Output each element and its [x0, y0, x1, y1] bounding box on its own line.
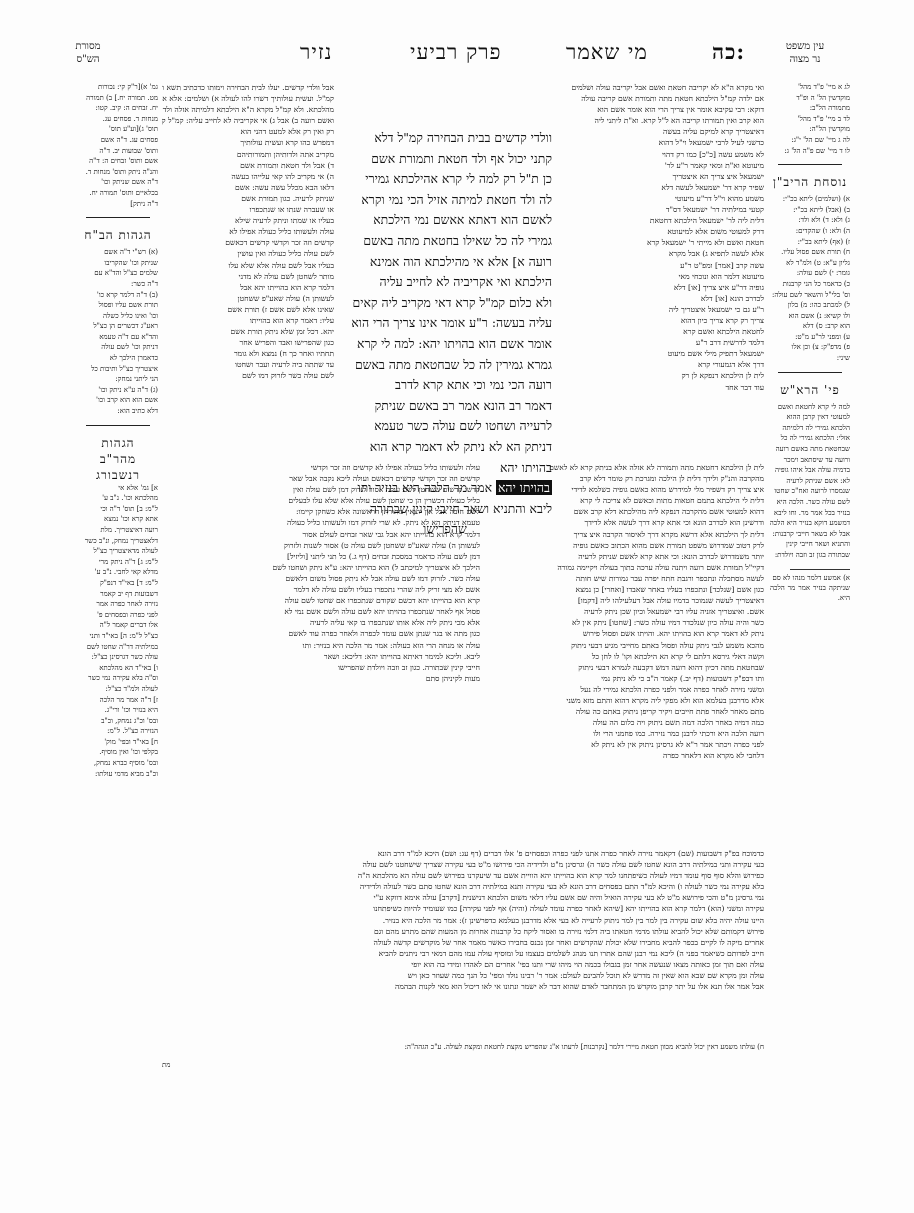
rashi-line: אלא מדרבנן בעלמא הוא ולא מפקי ליה מקרא ד…	[488, 695, 764, 706]
rashi-line: כגון אשם [שנלכד] ונתכפרו בעליו באחר שאבד…	[488, 584, 764, 595]
ein-mishpat-line: לג א מיי' פ"ד מהל'	[770, 82, 850, 93]
rashi-line: לית לן הילכתא דנפקא לן רק	[556, 370, 764, 381]
tosafot-line: ד) אבל ולד חטאת ותמורת אשם	[162, 160, 334, 171]
tosafot-line: ואשם רועה ב) אבל ג) אי אקריביה לא לחייב …	[162, 115, 334, 126]
bach-line: דניתק וכו' לשם עולה	[78, 342, 158, 353]
rashi-line: ישמעאל איצ צריך הא איצטריך	[556, 171, 764, 182]
rosh-line: דמשמע דוקא בנזיר היא הלכה	[770, 518, 850, 529]
page-footnote: ח) עולתו משמע דאין יכול להביא מכוון חטאת…	[162, 1042, 764, 1052]
rashi-line: כשר והיה עולה כיון שנלכדר דמיו עולה כשר:…	[488, 617, 764, 628]
masoret-hashas-label: מסורת הש"ס	[58, 40, 118, 66]
rashi-line: מהקרבה והנ"ק ולידך דלית לן הילכה ומגרכת …	[488, 473, 764, 484]
rosh-line: לשם עולה כשר. הלכה היא	[770, 497, 850, 508]
tosafot-line: אבל וולדי קדשים. יעלו לבית הבחירה וימותו…	[162, 82, 334, 93]
ein-mishpat: לג א מיי' פ"ד מהל'מוקדשין הל' ה ופ"דמתמו…	[770, 82, 850, 156]
tosafot-line: כגון מתה או בגר שנתן אשם עומד לכפרה ולאח…	[162, 628, 480, 639]
rashi-line: ומשני נזירה לאחר כפרה אמר ולפני כפרה הלכ…	[488, 684, 764, 695]
gemara-line: הילכתא ואי אקריביה לא לחייב עליה	[338, 272, 552, 293]
page-header: מסורת הש"ס נזיר פרק רביעי מי שאמר כה: עי…	[0, 38, 914, 74]
tosafot-line: עולה או מנחה הרי הוא כעולה: אמר מר הלכה …	[162, 640, 480, 651]
rashi-line: רועה הלכה היא ורכתי לרבנן כמר נזירה. כמו…	[488, 728, 764, 739]
rivan-line: פ) מדפ"ק: צ) וכן אלו	[770, 342, 850, 353]
tosafot-line: דמפרש כהו קרא ועשית עולותיך	[162, 137, 334, 148]
rashi-line: יותר משמדרוש לכדרב הונא: וכי אתא קרא לאש…	[488, 551, 764, 562]
tosafot-line: ליבא. וליכא למימר דאיתא בהוייתו יהא: דלי…	[162, 651, 480, 662]
rivan-line: הוא קרב: ס) דלא	[770, 321, 850, 332]
tosafot-line: קרא הוא בהוייתו יהא דכשם שקודם שנתכפרו א…	[162, 595, 480, 606]
rosh-line: ורועה עד שיסתאב וימכר	[770, 455, 850, 466]
rosh-line: לא: אשם שניתק לרעיה	[770, 476, 850, 487]
ornament-divider	[78, 423, 158, 431]
ein-mishpat-label-line-2: נר מצוה	[772, 53, 838, 66]
rashi-line: ואי מקרא ה"א לא יקריבה חטאת ואשם אבל יקר…	[556, 82, 764, 93]
maharab-title-line-2: מהר"ב רנשבורג	[78, 451, 158, 483]
rashi-line: כמה דמיה באחר הלכה דמה תשם ניתוק ויה כלו…	[488, 717, 764, 728]
rashi-line: אשם. ואיצטריך אזניה עליו רבי ישמעאל וכיו…	[488, 606, 764, 617]
masoret-line: והנ"ה ניתק ותוס' מנחות ד.	[78, 167, 158, 178]
masoret-line: יח. זבחים ה: קיב. קטו:	[78, 103, 158, 114]
rashi-line: לית לן הילכתא דחטאת מתה ותמורה לא אזלה א…	[488, 462, 764, 473]
left-margin: גמ' א)[ר"ק קי: נכורותמט. תמורה יח.] ב) ת…	[78, 82, 158, 779]
rosh-line: אבל לא בשאר חייבי קרבנות:	[770, 529, 850, 540]
rosh-footnote: א) אמשע דלמר מנהו לא סם שניתקה בנזיר אמר…	[770, 573, 850, 603]
maharab-line: דלאצטריך נמחק, ונ"ב כשר	[78, 536, 158, 547]
masoret-line: פסחים עג. ד"ה אשם	[78, 135, 158, 146]
continuation-line: נמי גרסינן מ"ט והכי פירושא מ"ט לא בעי עק…	[162, 892, 764, 903]
tosafot-line: לשם חובה אבל אין יוצאין מתורתן הראשונה א…	[162, 506, 480, 517]
rashi-line: חטאת ואשם ולא מייתי ר' ישמעאל קרא	[556, 237, 764, 248]
bach-line: (א) רש"י ד"ה אשם	[78, 247, 158, 258]
rosh-line: למעוטי דאין קרבן ההוא	[770, 412, 850, 423]
rosh-line: למה לי קרא לחטאת ואשם	[770, 402, 850, 413]
ein-mishpat-line: מוקדשין הל"ה:	[770, 124, 850, 135]
tractate-name: נזיר	[300, 38, 333, 66]
rosh-line: אזלי: הלכתא גמירי לה כל	[770, 433, 850, 444]
maharab-line: לעולה מדאיצטריך כצ"ל	[78, 546, 158, 557]
rashi-line: אלא לעשה לתפיא ג) אבל מקרא	[556, 248, 764, 259]
masoret-label-line-2: הש"ס	[58, 53, 118, 66]
maharab-line: לעולה ולמ"ד כצ"ל:	[78, 684, 158, 695]
rashi-line: צריך רק קרא צריך כיון דהוא	[556, 315, 764, 326]
rashi-line: שפיר קרא דר' ישמעאל לעשה דלא	[556, 182, 764, 193]
tosafot-line: לשם עולה כשר לזרוק דמו לשם	[162, 370, 334, 381]
tosafot-line: קדשים וזה זכר וקדשי קדשים דכאשם	[162, 237, 334, 248]
rashi-line: לכדרב הונא [או] דלא	[556, 293, 764, 304]
gemara-line: עליה בעשה: ר"ע אומר אינו צריך הרי הוא	[338, 313, 552, 334]
continuation-line: עקירה ומשני (הוא) דלמר קרא הוא בהוייתו י…	[162, 903, 764, 914]
masoret-line: תוס' ג)[וע"ע תוס'	[78, 124, 158, 135]
tosafot-column-upper: אבל וולדי קדשים. יעלו לבית הבחירה וימותו…	[162, 82, 334, 382]
tosafot-line: ה) אי מקריב להו קאי עלייהו בעשה	[162, 171, 334, 182]
maharab-line: במילתיה דר"ה שחטו לשם	[78, 642, 158, 653]
gemara-line: כן ת"ל רק למה לי קרא אהילכתא גמירי	[338, 169, 552, 190]
continuation-line: היינו עולה יהיה בלא שום עקירה בין למר בי…	[162, 915, 764, 926]
ornament-divider	[770, 162, 850, 170]
gemara-line: גמרא גמירין לה כל שבחטאת מתה באשם	[338, 355, 552, 376]
hagahot-maharab: א] גמ' אלא אימהלכתא וכו'. נ"ב ע'ל"מ: ב] …	[78, 483, 158, 780]
continuation-line: בעי עקירה ותני במילתיה דרב הונא שחטו לשם…	[162, 859, 764, 870]
rashi-column-lower: לית לן הילכתא דחטאת מתה ותמורה לא אזלה א…	[488, 462, 764, 762]
rashi-line: אם ילדה קמ"ל הילכתא חטאת מתה ותמורת אשם …	[556, 93, 764, 104]
rivan-line: שיני:	[770, 353, 850, 364]
rashi-line: ניתק לא דאמר קרא הוא בהויתו יהא. והויתו …	[488, 628, 764, 639]
maharab-line: רועה דאיצטריך. מלת	[78, 525, 158, 536]
rashi-line: דוקא: רבי עקיבא אומר אין צריך הרי הוא או…	[556, 104, 764, 115]
rosh-line: שנמסרו לרועה ואח"כ שחטו	[770, 486, 850, 497]
ein-mishpat-line: לד ב מיי' פ"ד מהל'	[770, 114, 850, 125]
rivan-line: גומר: י) לשם עולה:	[770, 268, 850, 279]
footnote-rule	[790, 569, 850, 570]
maharab-line: ח] באי"ד ובפי' מוק'	[78, 737, 158, 748]
rivan-line: ולו קשיא: נ) אשם הוא	[770, 311, 850, 322]
rashi-line: דלחבי לא מקרא הוא דלאחר כפרה	[488, 750, 764, 761]
rashi-line: ותו דבפ"ק דשבועות (דף יב.) קאמר ה"ב כי ל…	[488, 673, 764, 684]
masoret-line: ד"ה אשם שניתק וכו'	[78, 177, 158, 188]
tosafot-line: מקריב אתה ולדותיהן ותמורותיהם	[162, 149, 334, 160]
rosh-footnote-line-2: שניתקה בנזיר אמר מר הלכה היא.	[770, 583, 850, 603]
rosh-line: הלכתא גמירי לה דלמיתה	[770, 423, 850, 434]
maharab-title-line-1: הגהות	[78, 435, 158, 451]
continuation-line: חייב לפדותם כשיאמר בפני ה) ליכא נמי רבנן…	[162, 948, 764, 959]
tosafot-line: עולה כשר. לזרוק דמו לשם עולה אבל לא ניתק…	[162, 573, 480, 584]
tosafot-line: אלא מכי ניתק ליה אלא אותו שנתכפרו בו קאי…	[162, 617, 480, 628]
rashi-line: ודרשינן הוא לכדרב הונא וכי אתא קרא דרך ל…	[488, 517, 764, 528]
tosafot-line: כליל כעולה דכשרין הן כי שחטן לשם עולה אל…	[162, 495, 480, 506]
commentary-continuation: כדמוכח בפ"ק דשבועות (שם) דקאמר נזירה לאח…	[162, 848, 764, 992]
masoret-line: בכלאיים ותוס' תמורה יח.	[78, 188, 158, 199]
continuation-line: עולה ומן מקרא שם שבא הוא שאין זה מדרש לא…	[162, 970, 764, 981]
bach-line: אשם הוא הוא קרב וכו'	[78, 395, 158, 406]
bach-line: ד"ה כשר:	[78, 279, 158, 290]
tosafot-line: מותר לשחטן לשם עולה לא מדני	[162, 271, 334, 282]
rashi-line: לחטאת הילכתא ואשם קרא	[556, 326, 764, 337]
gemara-line: רועה א] אלא אי מהילכתא הוה אמינא	[338, 252, 552, 273]
rosh-line: שבחטאת מתה באשם רועה	[770, 444, 850, 455]
tosafot-line: או שעברה שנתו או שנתכפרו	[162, 204, 334, 215]
tosafot-line: מעות לקיניהן סתם	[162, 673, 480, 684]
gemara-line: דניתק הא לא ניתק לא דאמר קרא הוא	[338, 437, 552, 458]
tosafot-line: שאינו אלא לשם אשם ז) תורת אשם	[162, 304, 334, 315]
tosafot-line: יהא. דכל זמן שלא ניתק תורת אשם	[162, 326, 334, 337]
maharab-line: עולה כשר דגרסינן כצ"ל:	[78, 652, 158, 663]
tosafot-line: בעליו או שמתו וניתק לרעיה שילא	[162, 215, 334, 226]
rivan-line: ב) (אבל) ליתא בכ"י:	[770, 205, 850, 216]
tosafot-line: דלמר קרא הוא בהוייתו יהא אבל גבי שאר זבח…	[162, 529, 480, 540]
tosafot-line: כגון שהפרישו ואבד והפריש אחר	[162, 337, 334, 348]
tosafot-line: דלאו הבא מכלל עשה עשה: אשם	[162, 182, 334, 193]
rashi-line: דלית לך הילכתא אלא דרשא מקרא דרך לאיסור …	[488, 529, 764, 540]
tosafot-line: דמן לשם עולה כדאמר במסכת זבחים (דף ג.) כ…	[162, 551, 480, 562]
rashi-line: דרך אלא דגמעורי קרא	[556, 359, 764, 370]
rashi-line: כדשני לעיל לרבי ישמעאל וי"ל דהוא	[556, 137, 764, 148]
rashi-line: משמע מהוא וי"ל דר"ע מיעוטי	[556, 193, 764, 204]
rashi-line: שבחטאת מתה דכיון דהוא רועה דמש דקבעה לגמ…	[488, 662, 764, 673]
bach-line: תורת אשם עליו ופסול	[78, 300, 158, 311]
rosh-line: והתניא ושאר חייבי קינין	[770, 539, 850, 550]
rashi-line: מהכא משמע לגבי ניתק עולה ופסול באתם מחיי…	[488, 640, 764, 651]
maharab-line: נזירה לאחר כפרה אמר	[78, 599, 158, 610]
nuschat-rivan-title: נוסחת הריב"ן	[770, 174, 850, 190]
tosafot-line: מהלכתא. ולא קמ"ל מקרא ה"א הילכתא דלמיתה …	[162, 104, 334, 115]
gemara-line: לאשם הוא דאתא אאשם נמי הילכתא	[338, 210, 552, 231]
tosafot-line: קדשי קדשים ששחטן לשם עולה אסור לזרוק דמן…	[162, 484, 480, 495]
tosafot-line: עולה ולעשותו כליל כעולה אפילו לא קדשים ו…	[162, 462, 480, 473]
chapter-number: פרק רביעי	[410, 38, 502, 66]
catchword: מת	[162, 1060, 764, 1070]
continuation-line: בלא עקירה נמי כשר לעולה ו) והיכא למ"ד הת…	[162, 881, 764, 892]
gemara-line: אומר אשם הוא בהויתו יהא: למה לי קרא	[338, 334, 552, 355]
ein-mishpat-line: מתמורה הל"ב:	[770, 103, 850, 114]
maharab-line: ל"מ: ד] באי"ד דנפ"ק	[78, 578, 158, 589]
rivan-line: ה) ולא: ו) שהקדים:	[770, 226, 850, 237]
hagahot-bach: (א) רש"י ד"ה אשםשניתק וכו' שהקריבושלמים …	[78, 247, 158, 417]
maharab-line: ז] ד"ה אמר מר הלכה	[78, 695, 158, 706]
continuation-line: אבל אמר אלו תנא אלו על יתר קרבן מוקדש מן…	[162, 981, 764, 992]
gemara-line: וולדי קדשים בבית הבחירה קמ"ל דלא	[338, 128, 552, 149]
rashi-line: לעשה מסתכלה ונתכפר ורגבת חתח יפרה עבר גמ…	[488, 573, 764, 584]
rashi-line: לא משמע עשה [כ"כ] כמו רק דהוי	[556, 149, 764, 160]
rashi-line: ישמעאל דתפיק מילי אשם מיעוט	[556, 348, 764, 359]
rashi-line: וקשה דאלי גירסא דלתם לי קרא הא הילכתא וק…	[488, 651, 764, 662]
maharab-line: הנזירה כצ"ל. ל"מ:	[78, 726, 158, 737]
tosafot-line: לעשותן ה) עולה שאע"פ ששחטן	[162, 293, 334, 304]
ein-mishpat-line: לו ד מיי' שם פ"ה הל' ג:	[770, 146, 850, 157]
maharab-line: לפני כפרה ובפסחים פ'	[78, 610, 158, 621]
maharab-line: א] גמ' אלא אי	[78, 483, 158, 494]
right-margin: לג א מיי' פ"ד מהל'מוקדשין הל' ה ופ"דמתמו…	[770, 82, 850, 603]
bach-line: וכו' ואינו כליל כשלה	[78, 311, 158, 322]
tosafot-line: קמ"ל. ועשית עולותיך דשרו להו לעולה א) וש…	[162, 93, 334, 104]
tosafot-line: פסול אף לאחר שנתכפרו בהויתו יהא לשם עולה…	[162, 606, 480, 617]
ein-mishpat-label: עין משפט נר מצוה	[772, 40, 838, 66]
folio-number: כה:	[712, 38, 745, 66]
masoret-label-line-1: מסורת	[58, 40, 118, 53]
maharab-line: בקלפי וכו' ואין מוסיף.	[78, 747, 158, 758]
rivan-line: ז) (אף) ליתא בכ"י:	[770, 237, 850, 248]
maharab-line: ו] באי"ד הא מהלכתא	[78, 663, 158, 674]
masoret-line: מט. תמורה יח.] ב) תמורה	[78, 93, 158, 104]
pi-harosh-title: פי' הרא"ש	[770, 382, 850, 398]
rashi-line: עוד דבר אחד	[556, 382, 764, 393]
rashi-line: מיעוטא וא"ת ומאי קאמר ר"ע לר'	[556, 160, 764, 171]
rosh-line: בנזיר בכל אמר מר. וחו ליבא	[770, 508, 850, 519]
tosafot-line: לשם עולה כליל כעולה ואין עושין	[162, 248, 334, 259]
rashi-line: גופיה דר"ע איצ צריך [או] דלא	[556, 282, 764, 293]
maharab-line: ל"מ: ג] ד"ה ניתק מרי	[78, 557, 158, 568]
maharab-line: ובס' מוסיף כברא נמחק,	[78, 758, 158, 769]
rivan-line: כ) כדאמר כל הני קרבנות	[770, 279, 850, 290]
gemara-lines: וולדי קדשים בבית הבחירה קמ"ל דלאקתני יכו…	[338, 128, 552, 478]
bach-line: דלא כתיב הוא:	[78, 406, 158, 417]
maharab-line: מדלא קאי לחבי. נ"ב ע'	[78, 567, 158, 578]
maharab-line: אלו דברים קאמר ל"ה	[78, 620, 158, 631]
tosafot-line: שניתק לרעיה. כגון תמורת אשם	[162, 193, 334, 204]
rashi-column-upper: ואי מקרא ה"א לא יקריבה חטאת ואשם אבל יקר…	[556, 82, 764, 393]
tosafot-line: רק ואין רק אלא למעט דהני הוא	[162, 126, 334, 137]
maharab-line: דשבועות דף יב קאמר	[78, 589, 158, 600]
tosafot-column-lower: עולה ולעשותו כליל כעולה אפילו לא קדשים ו…	[162, 462, 480, 684]
rosh-footnote-line-1: א) אמשע דלמר מנהו לא סם	[770, 573, 850, 583]
rivan-line: ל) למכתב כהו: מ) בלון	[770, 300, 850, 311]
rashi-line: דלית ליה לר' ישמעאל הילכתא דחטאת	[556, 215, 764, 226]
maharab-line: אתא קרא וכו' נמצא	[78, 514, 158, 525]
tosafot-line: חייבי קינין שבתורה. כגון זב וזבה ויולדת …	[162, 662, 480, 673]
rosh-line: שבתורה בגון זב וזבה ויולדת:	[770, 550, 850, 561]
rashi-line: ר"ע גם כי ישמעאל איצטריך ליה	[556, 304, 764, 315]
continuation-line: כפירוש והלא סוף סוף עומד דמיו לעולה כשיפ…	[162, 870, 764, 881]
rashi-line: דלית לי הילכתא בתמם חטאות מתות וכאשם לא …	[488, 495, 764, 506]
maharab-line: ובס' וכ"ג נמחק, וכ"ב	[78, 716, 158, 727]
rivan-line: ע) ומפני לר"ע מ"ט:	[770, 332, 850, 343]
tosafot-line: דלמר קרא הוא בהוייתו יהא אבל	[162, 282, 334, 293]
bach-line: שניתק וכו' שהקריבו	[78, 258, 158, 269]
bach-line: הני ליתני נמחק:	[78, 374, 158, 385]
tosafot-line: אשם לא מצי זריק ליה שהרי נתכפרו בעליו ול…	[162, 584, 480, 595]
rashi-line: לפני כפרה ויכתר אמר ר"א לא גרסינן ניתוק …	[488, 739, 764, 750]
masoret-line: גמ' א)[ר"ק קי: נכורות	[78, 82, 158, 93]
hagahot-bach-title: הגהות הב"ח	[78, 227, 158, 243]
rashi-line: דהוא למעוטי אשם מהקרבה דנפקא ליה מהילכתא…	[488, 506, 764, 517]
ein-mishpat-label-line-1: עין משפט	[772, 40, 838, 53]
rashi-line: דאיצטריך קרא למיקם עליה בעשה	[556, 126, 764, 137]
rashi-line: איצ צריך רק דשפיר מלי למידרש מהוא כאשם ג…	[488, 484, 764, 495]
ornament-divider	[770, 370, 850, 378]
rashi-line: דלמד לדרשית דרב ר"ע	[556, 337, 764, 348]
masoret-hashas: גמ' א)[ר"ק קי: נכורותמט. תמורה יח.] ב) ת…	[78, 82, 158, 209]
continuation-line: פירוש דקמותם שלא יכול להביא עולתו מדמי ח…	[162, 926, 764, 937]
maharab-line: וכ"ב מביא מדמי עולתו:	[78, 769, 158, 780]
rashi-line: דאיצטריך לעשה שנמוכר בדמיו עולה אבל דעלע…	[488, 595, 764, 606]
bach-line: איצטריך כצ"ל ותיבות כל	[78, 364, 158, 375]
gemara-line: גמירי לה כל שאילו בחטאת מתה באשם	[338, 231, 552, 252]
continuation-line: אחרים מיקה לו לקיים בכפר להביא מחבירו של…	[162, 937, 764, 948]
rashi-line: לרק דטוב שמדרוש משפט תמורת אשם מהוא הכתו…	[488, 540, 764, 551]
rivan-line: גליון ע"א: ט) ולמ"ד לא	[770, 258, 850, 269]
bach-line: והד"א עם ד"ה טעמא	[78, 332, 158, 343]
tosafot-line: עד שתתה ביה לרעיה ועבר ושחטו	[162, 359, 334, 370]
tosafot-line: לעשותן ה) עולה שאע"פ ששחטן לשם עולה ט) א…	[162, 540, 480, 551]
maharab-line: היא בנזיר וכו' ורי"ג.	[78, 705, 158, 716]
chapter-name: מי שאמר	[566, 38, 648, 66]
gemara-line: לה ולד חטאת למיתה אזיל הכי נמי וקרא	[338, 190, 552, 211]
maharab-line: ל"מ: ב] תוס' ד"ה וכי	[78, 504, 158, 515]
gemara-line: דאמר רב הונא אמר רב באשם שניתק	[338, 396, 552, 417]
rivan-line: וס' בלי"ל והשאר לשם עולה:	[770, 290, 850, 301]
masoret-line: אשם ותוס' זבחים ה: ד"ה	[78, 156, 158, 167]
bach-line: כדאמרן הילכך לא	[78, 353, 158, 364]
tosafot-line: בעליו אבל לשם עולה אלא שלא עלו	[162, 260, 334, 271]
maharab-line: מהלכתא וכו'. נ"ב ע'	[78, 493, 158, 504]
rashi-line: קטעי במילתיה דר' ישמעאל דס"ד	[556, 204, 764, 215]
maharab-line: כצ"ל ל"מ: ה] באי"ד ותני	[78, 631, 158, 642]
rivan-line: ח) תורת אשם פסול עליו.	[770, 247, 850, 258]
gemara-line: ולא כלום קמ"ל קרא דאי מקריב ליה קאים	[338, 293, 552, 314]
continuation-line: עולה ואם תוך זמן כאותה מצאו שנעשה אחר זמ…	[162, 959, 764, 970]
masoret-line: ד"ה ניתק]	[78, 199, 158, 210]
gemara-line: קתני יכול אף ולד חטאת ותמורת אשם	[338, 149, 552, 170]
rivan-line: ג) ולא: ד) ולא ולד:	[770, 215, 850, 226]
rivan-line: א) (ושלמים) ליתא בכ"י:	[770, 194, 850, 205]
masoret-line: מנחות ד. פסחים עג.	[78, 114, 158, 125]
continuation-line: כדמוכח בפ"ק דשבועות (שם) דקאמר נזירה לאח…	[162, 848, 764, 859]
gemara-line: לרעייה ושחטו לשם עולה כשר טעמא	[338, 416, 552, 437]
tosafot-line: טעמא דניתק הא לא ניתק. לא שרי לזרוק דמו …	[162, 517, 480, 528]
ein-mishpat-line: לה ג מיי' שם הל' י"ג:	[770, 135, 850, 146]
bach-line: שלמים כצ"ל והד"א עם	[78, 268, 158, 279]
tosafot-line: עליו: דאמר קרא הוא בהוייתו	[162, 315, 334, 326]
tosafot-line: תחתיו ואחר כך ח) נמצא ולא גומר	[162, 348, 334, 359]
tosafot-line: הילכך לא איצטריך למיכתב ל) הוא בהוייתו י…	[162, 562, 480, 573]
maharab-title: הגהות מהר"ב רנשבורג	[78, 435, 158, 483]
masoret-line: ותוס' שבועות יב. ד"ה	[78, 146, 158, 157]
rashi-line: הוא קרב ואין תמורתו קריבה הא ל"ל קרא. וא…	[556, 115, 764, 126]
ornament-divider	[78, 215, 158, 223]
rashi-line: מתם מאחר לאחר פתת חייבים ויקיר קריפן נית…	[488, 706, 764, 717]
maharab-line: וס"ה בלא עקירה נמי כשר	[78, 673, 158, 684]
rashi-line: מיעוטא דלמר הוא ונוכחי מאי	[556, 271, 764, 282]
pi-harosh: למה לי קרא לחטאת ואשםלמעוטי דאין קרבן הה…	[770, 402, 850, 561]
rashi-line: דרק למעוטי משום אלא למיעוטא	[556, 226, 764, 237]
rosh-line: בדמיה עולה אבל איהו גופיה	[770, 465, 850, 476]
rashi-line: עשה קרב [אמר] ומפ"ט ר"ע	[556, 260, 764, 271]
gemara-line: רועה הכי נמי וכי אתא קרא לדרב	[338, 375, 552, 396]
rashi-line: דקיי"ל תמורת אשם רועה ויתנה עולה ערכה בת…	[488, 562, 764, 573]
ein-mishpat-line: מוקדשין הל' ה ופ"ד	[770, 93, 850, 104]
bach-line: (ג) ד"ה ע"א ניתק וכו'	[78, 385, 158, 396]
nuschat-rivan: א) (ושלמים) ליתא בכ"י:ב) (אבל) ליתא בכ"י…	[770, 194, 850, 364]
bach-line: (ב) ד"ה דלמר קרא כו'	[78, 290, 158, 301]
tosafot-line: עולה ולעשותו כליל כעולה אפילו לא	[162, 226, 334, 237]
tosafot-line: קדשים וזה זכר וקדשי קדשים דכאשם ועולה לי…	[162, 473, 480, 484]
bach-line: ראע"ג דכשרים הן כצ"ל	[78, 321, 158, 332]
